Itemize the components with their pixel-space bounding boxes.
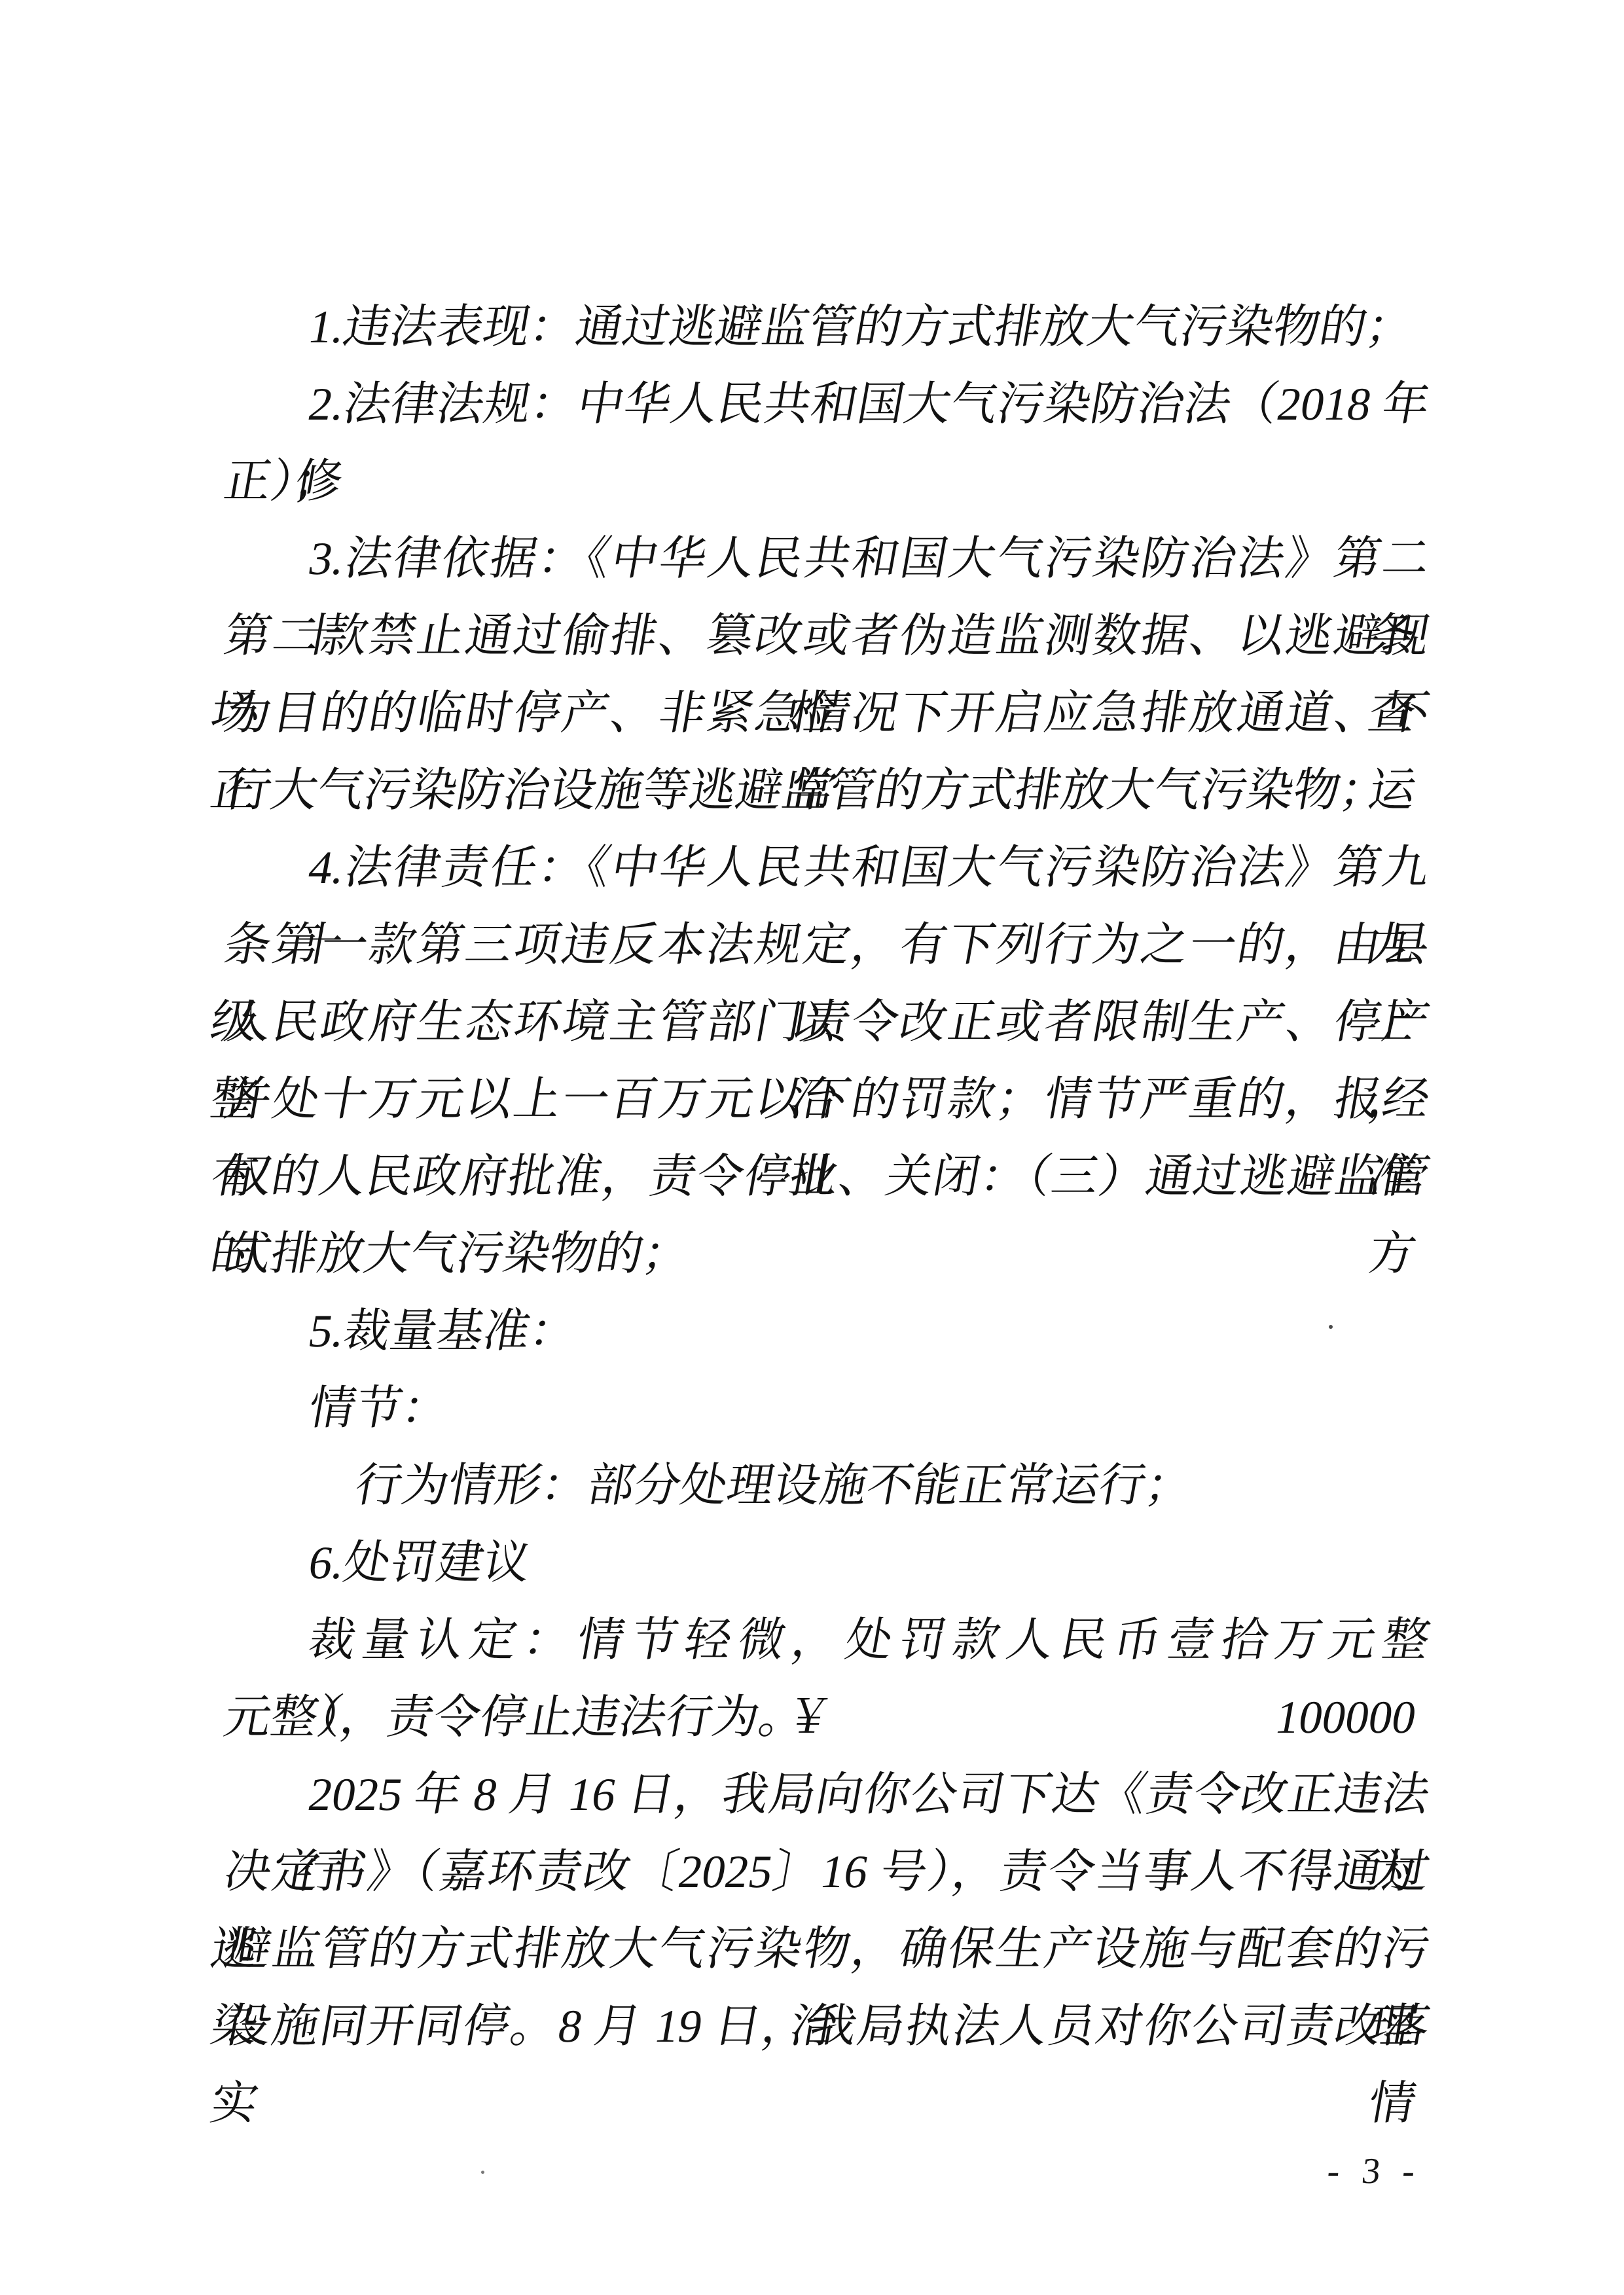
- document-body: 1.违法表现：通过逃避监管的方式排放大气污染物的； 2.法律法规：中华人民共和国…: [218, 289, 1422, 2065]
- text-line: 4.法律责任：《中华人民共和国大气污染防治法》第九十九: [218, 829, 1436, 907]
- text-line: 裁量认定：情节轻微，处罚款人民币壹拾万元整（￥100000: [218, 1602, 1436, 1679]
- text-line: 情节：: [218, 1370, 1436, 1447]
- text-line: 2.法律法规：中华人民共和国大气污染防治法（2018 年修: [218, 366, 1436, 443]
- text-line: 为目的的临时停产、非紧急情况下开启应急排放通道、不正常运: [218, 675, 1436, 752]
- text-line: 3.法律依据：《中华人民共和国大气污染防治法》第二十条: [218, 520, 1436, 598]
- text-line: 人民政府生态环境主管部门责令改正或者限制生产、停产整治，: [218, 984, 1436, 1061]
- text-line: 避监管的方式排放大气污染物，确保生产设施与配套的污染治理: [218, 1911, 1436, 1988]
- text-line: 行大气污染防治设施等逃避监管的方式排放大气污染物；: [218, 752, 1436, 829]
- text-line: 元整），责令停止违法行为。: [218, 1679, 1436, 1756]
- text-line: 1.违法表现：通过逃避监管的方式排放大气污染物的；: [218, 289, 1436, 366]
- text-line: 正）；: [218, 443, 1436, 520]
- page-number: - 3 -: [1325, 2148, 1424, 2194]
- text-line: 式排放大气污染物的；: [218, 1216, 1436, 1293]
- text-line: 2025 年 8 月 16 日，我局向你公司下达《责令改正违法行为: [218, 1756, 1436, 1834]
- text-line: 条第一款第三项违反本法规定，有下列行为之一的，由县级以上: [218, 907, 1436, 984]
- text-line: 设施同开同停。8 月 19 日，我局执法人员对你公司责改落实情: [218, 1988, 1436, 2065]
- scan-speck: [1329, 1325, 1333, 1329]
- text-line: 并处十万元以上一百万元以下的罚款；情节严重的，报经有批准: [218, 1061, 1436, 1138]
- scan-speck: [481, 2171, 484, 2174]
- text-line: 6.处罚建议: [218, 1525, 1436, 1602]
- text-line: 行为情形：部分处理设施不能正常运行；: [218, 1447, 1436, 1525]
- text-line: 权的人民政府批准，责令停业、关闭：（三）通过逃避监管的方: [218, 1138, 1436, 1216]
- text-line: 第二款禁止通过偷排、篡改或者伪造监测数据、以逃避现场检查: [218, 598, 1436, 675]
- text-line: 决定书》（嘉环责改〔2025〕16 号），责令当事人不得通过逃: [218, 1834, 1436, 1911]
- text-line: 5.裁量基准：: [218, 1293, 1436, 1370]
- scanned-document-page: 1.违法表现：通过逃避监管的方式排放大气污染物的； 2.法律法规：中华人民共和国…: [0, 0, 1624, 2295]
